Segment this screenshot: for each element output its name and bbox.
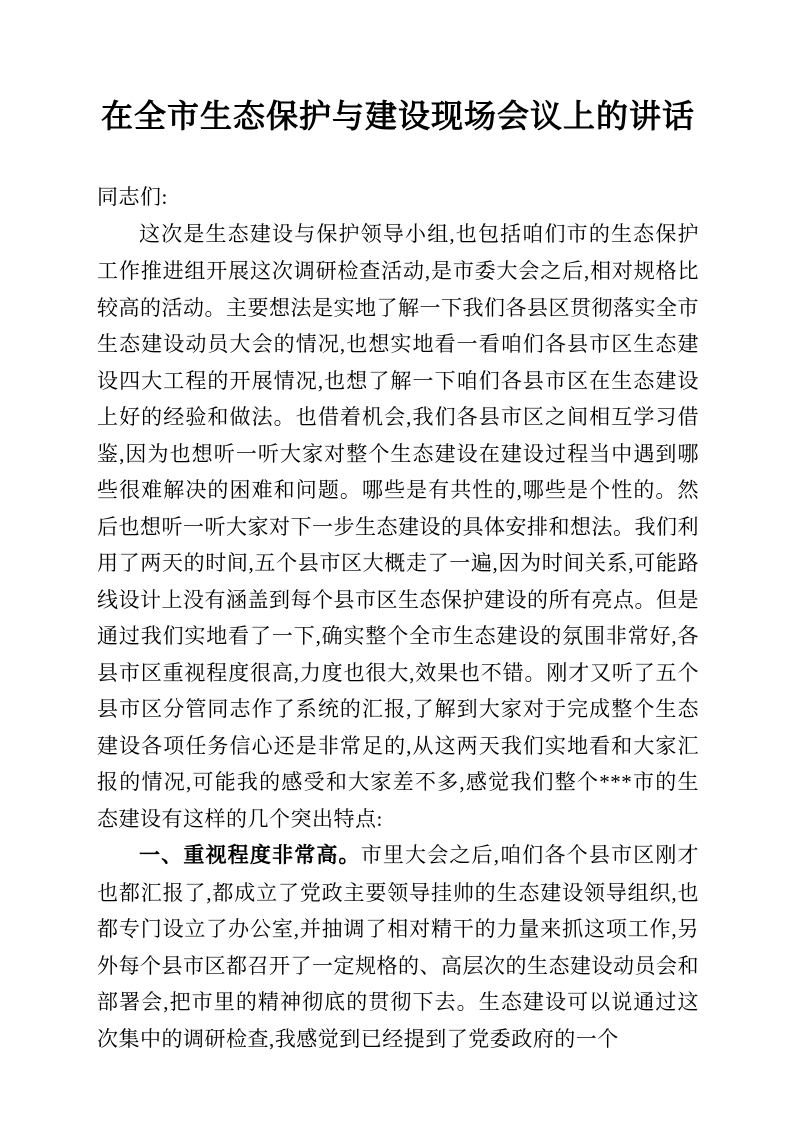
document-title: 在全市生态保护与建设现场会议上的讲话: [97, 97, 699, 135]
paragraph: 一、重视程度非常高。市里大会之后,咱们各个县市区刚才也都汇报了,都成立了党政主要…: [97, 837, 699, 1057]
paragraph-text: 市里大会之后,咱们各个县市区刚才也都汇报了,都成立了党政主要领导挂帅的生态建设领…: [97, 843, 699, 1051]
document-page: 在全市生态保护与建设现场会议上的讲话 同志们: 这次是生态建设与保护领导小组,也…: [0, 0, 793, 1122]
paragraph: 这次是生态建设与保护领导小组,也包括咱们市的生态保护工作推进组开展这次调研检查活…: [97, 216, 699, 838]
paragraph-bold-lead: 一、重视程度非常高。: [139, 844, 361, 867]
document-body: 同志们: 这次是生态建设与保护领导小组,也包括咱们市的生态保护工作推进组开展这次…: [97, 179, 699, 1057]
paragraph-text: 这次是生态建设与保护领导小组,也包括咱们市的生态保护工作推进组开展这次调研检查活…: [97, 222, 699, 831]
salutation: 同志们:: [97, 179, 699, 216]
